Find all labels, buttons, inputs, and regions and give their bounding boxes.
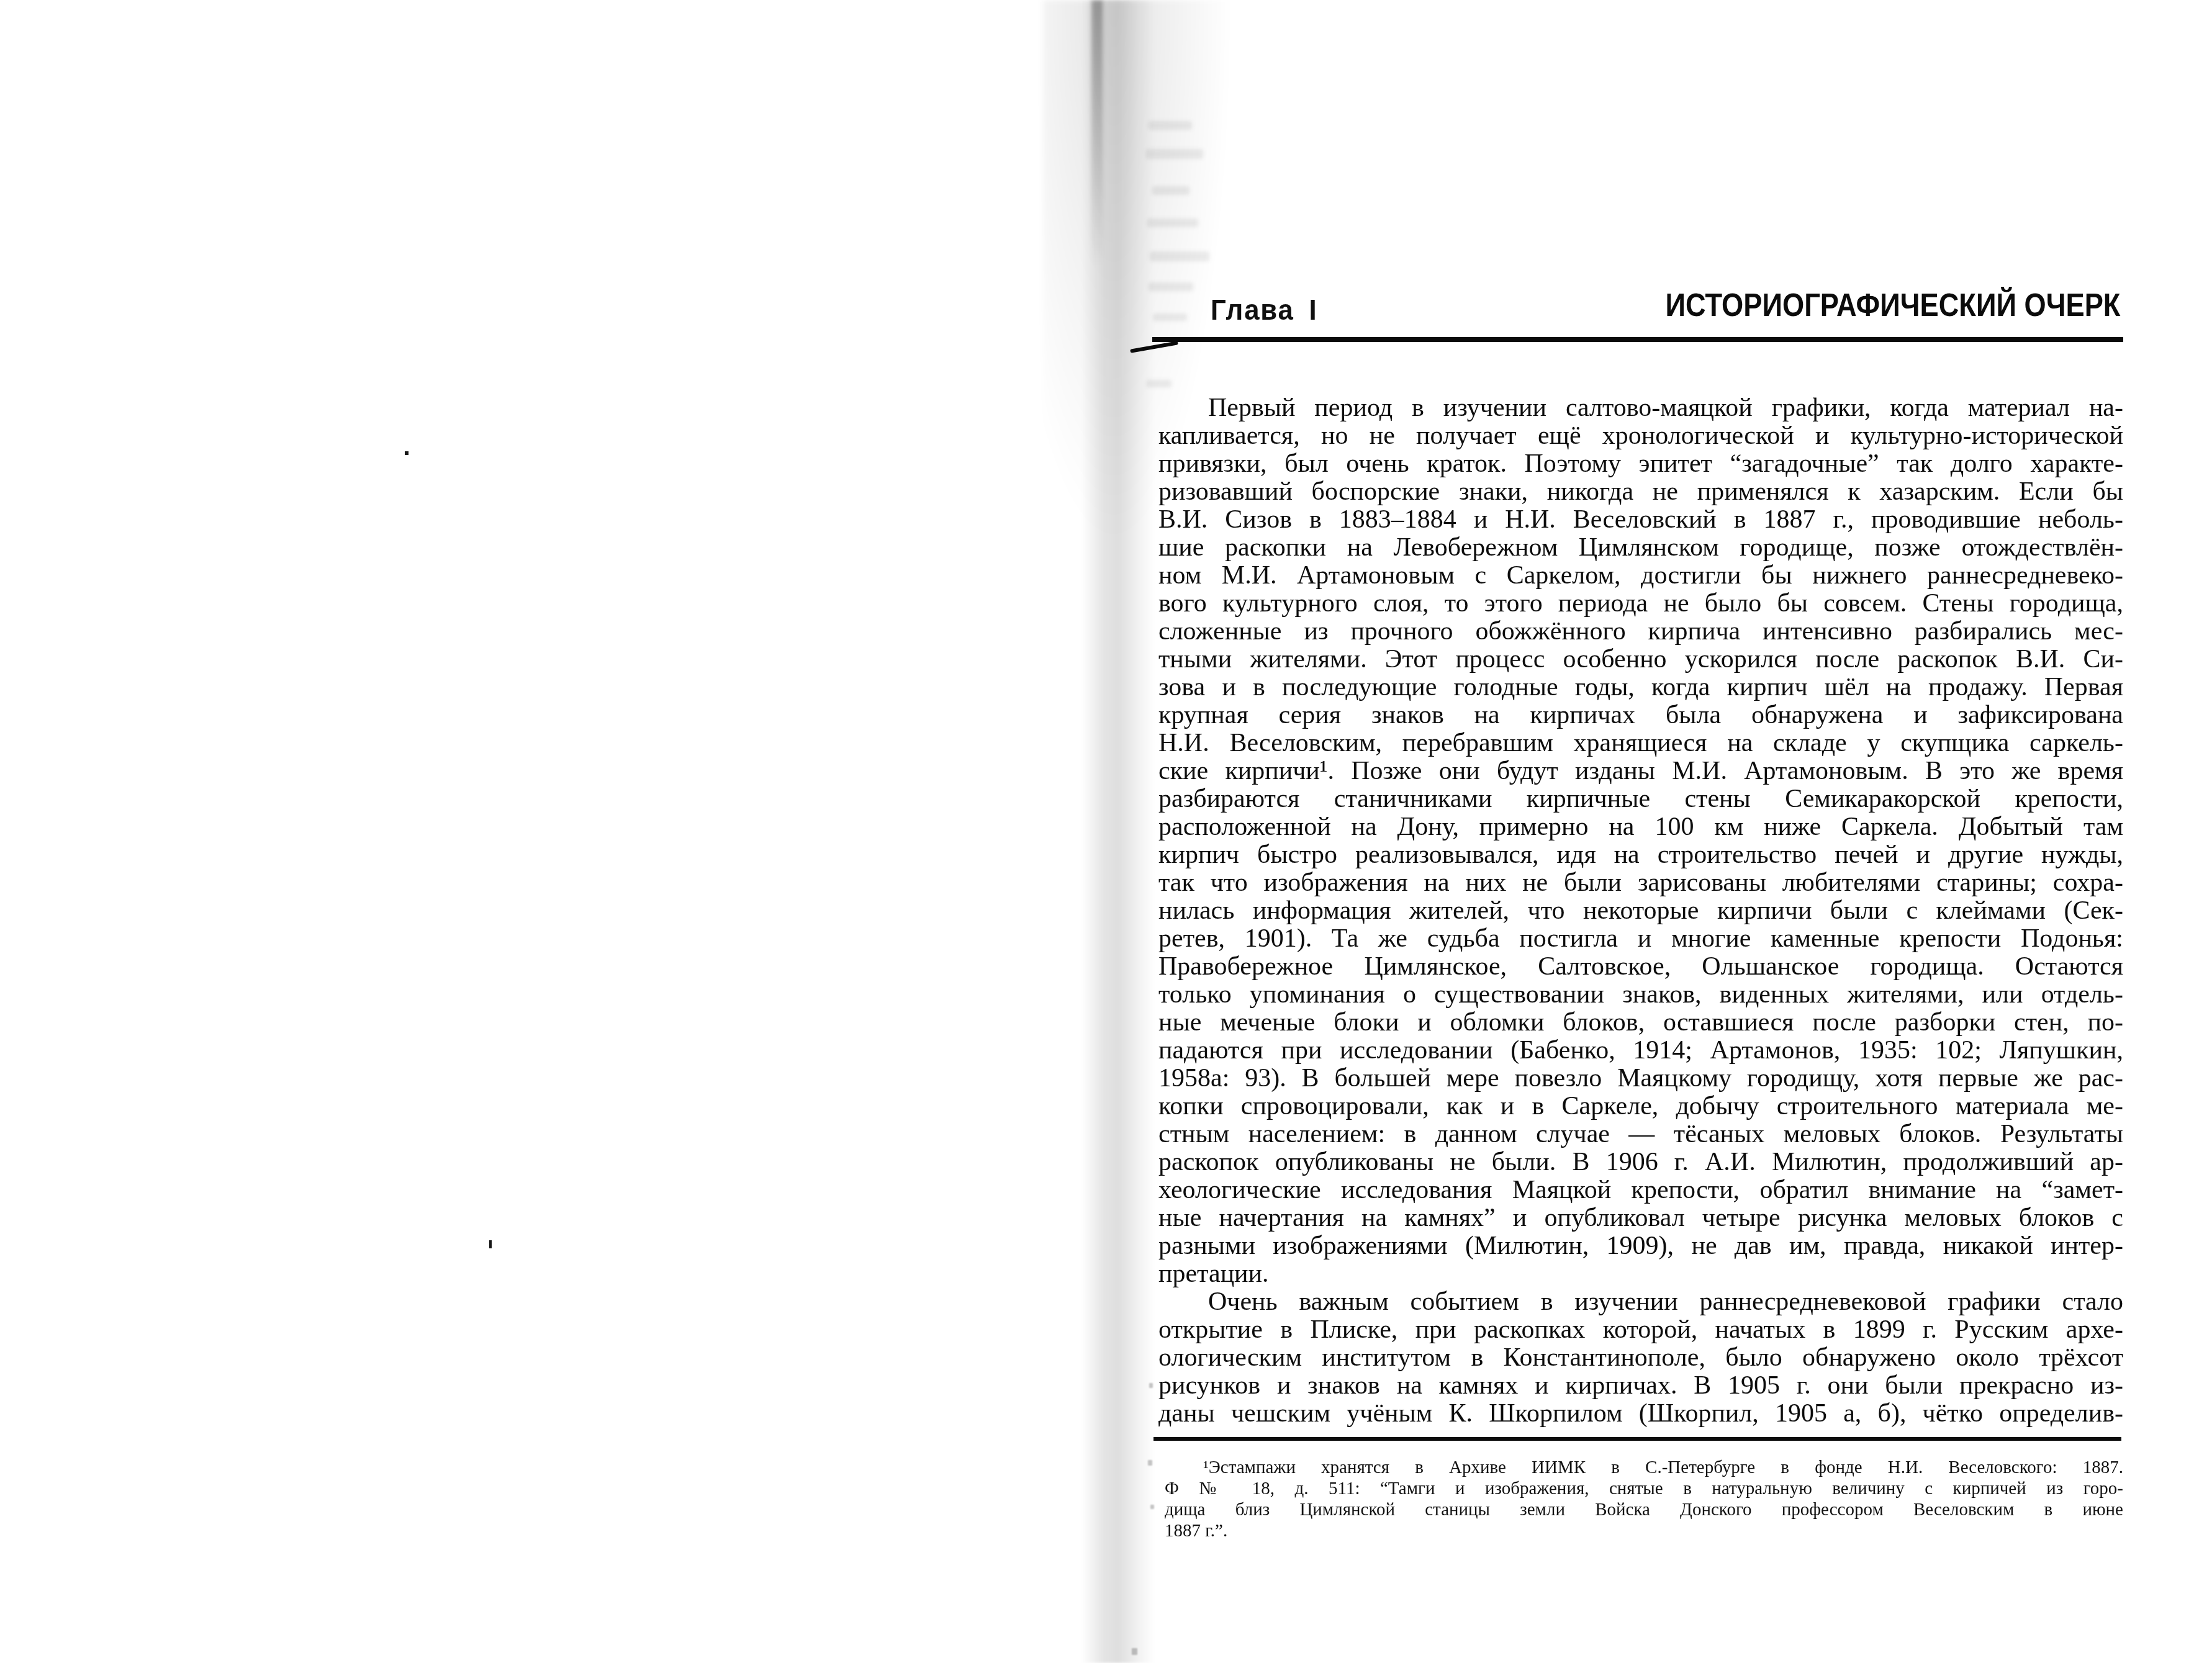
text-line: разбираются станичниками кирпичные стены… [1158, 785, 2123, 813]
scan-noise-dot [1132, 1648, 1137, 1655]
text-line: даны чешским учёным К. Шкорпилом (Шкорпи… [1158, 1400, 2123, 1428]
scan-noise-dot [1149, 1383, 1153, 1388]
text-line: Правобережное Цимлянское, Салтовское, Ол… [1158, 953, 2123, 981]
text-line: разными изображениями (Милютин, 1909), н… [1158, 1232, 2123, 1260]
bleed-smudge [1149, 282, 1193, 291]
body-text: Первый период в изучении салтово-маяцкой… [1158, 394, 2123, 1428]
scan-noise-dot [1148, 1460, 1152, 1466]
text-line: ные меченые блоки и обломки блоков, оста… [1158, 1009, 2123, 1037]
text-line: шие раскопки на Левобережном Цимлянском … [1158, 534, 2123, 562]
text-line: Первый период в изучении салтово-маяцкой… [1158, 394, 2123, 422]
text-line: ¹Эстампажи хранятся в Архиве ИИМК в С.-П… [1165, 1457, 2123, 1478]
text-line: нилась информация жителей, что некоторые… [1158, 897, 2123, 925]
text-line: дища близ Цимлянской станицы земли Войск… [1165, 1499, 2123, 1520]
text-line: падаются при исследовании (Бабенко, 1914… [1158, 1037, 2123, 1065]
text-line: 1887 г.”. [1165, 1520, 2123, 1541]
paragraph: Очень важным событием в изучении раннеср… [1158, 1288, 2123, 1428]
scan-noise-dot [1150, 1505, 1154, 1509]
text-line: претации. [1158, 1260, 2123, 1288]
text-line: 1958а: 93). В большей мере повезло Маяцк… [1158, 1065, 2123, 1093]
text-line: ризовавший боспорские знаки, никогда не … [1158, 478, 2123, 506]
bleed-smudge [1146, 149, 1203, 159]
text-line: ном М.И. Артамоновым с Саркелом, достигл… [1158, 562, 2123, 590]
text-line: кирпич быстро реализовывался, идя на стр… [1158, 841, 2123, 869]
text-line: ные начертания на камнях” и опубликовал … [1158, 1204, 2123, 1232]
text-line: копки спровоцировали, как и в Саркеле, д… [1158, 1093, 2123, 1120]
scanned-book-spread: Глава I ИСТОРИОГРАФИЧЕСКИЙ ОЧЕРК Первый … [0, 0, 2212, 1663]
chapter-label: Глава I [1211, 293, 1318, 327]
text-line: В.И. Сизов в 1883–1884 и Н.И. Веселовски… [1158, 506, 2123, 534]
paragraph: Первый период в изучении салтово-маяцкой… [1158, 394, 2123, 1288]
bleed-smudge [1152, 186, 1190, 195]
text-line: стным населением: в данном случае — тёса… [1158, 1120, 2123, 1148]
text-line: только упоминания о существовании знаков… [1158, 981, 2123, 1009]
bleed-smudge [1153, 313, 1187, 321]
ink-speck [405, 451, 409, 455]
text-line: Н.И. Веселовским, перебравшим хранящиеся… [1158, 729, 2123, 757]
text-line: хеологические исследования Маяцкой крепо… [1158, 1176, 2123, 1204]
gutter-dark-streak [1091, 0, 1103, 267]
bleed-smudge [1147, 380, 1171, 387]
page-header-title: ИСТОРИОГРАФИЧЕСКИЙ ОЧЕРК [1665, 287, 2120, 324]
text-line: так что изображения на них не были зарис… [1158, 869, 2123, 897]
text-line: расположенной на Дону, примерно на 100 к… [1158, 813, 2123, 841]
text-line: рисунков и знаков на камнях и кирпичах. … [1158, 1372, 2123, 1400]
text-line: ские кирпичи¹. Позже они будут изданы М.… [1158, 757, 2123, 785]
text-line: вого культурного слоя, то этого периода … [1158, 590, 2123, 618]
text-line: крупная серия знаков на кирпичах была об… [1158, 701, 2123, 729]
text-line: раскопок опубликованы не были. В 1906 г.… [1158, 1148, 2123, 1176]
footnote-rule [1153, 1437, 2121, 1441]
ink-speck [489, 1240, 492, 1248]
bleed-smudge [1150, 251, 1209, 261]
bleed-smudge [1149, 121, 1192, 130]
text-line: ретев, 1901). Та же судьба постигла и мн… [1158, 925, 2123, 953]
text-line: открытие в Плиске, при раскопках которой… [1158, 1316, 2123, 1344]
text-line: зова и в последующие голодные годы, когд… [1158, 674, 2123, 701]
bleed-smudge [1147, 219, 1198, 227]
text-line: тными жителями. Этот процесс особенно ус… [1158, 646, 2123, 674]
footnote: ¹Эстампажи хранятся в Архиве ИИМК в С.-П… [1165, 1457, 2123, 1541]
text-line: привязки, был очень краток. Поэтому эпит… [1158, 450, 2123, 478]
text-line: сложенные из прочного обожжённого кирпич… [1158, 618, 2123, 646]
text-line: капливается, но не получает ещё хронолог… [1158, 422, 2123, 450]
text-line: ологическим институтом в Константинополе… [1158, 1344, 2123, 1372]
text-line: Очень важным событием в изучении раннеср… [1158, 1288, 2123, 1316]
header-rule [1152, 337, 2123, 342]
text-line: Ф № 18, д. 511: “Тамги и изображения, сн… [1165, 1478, 2123, 1499]
